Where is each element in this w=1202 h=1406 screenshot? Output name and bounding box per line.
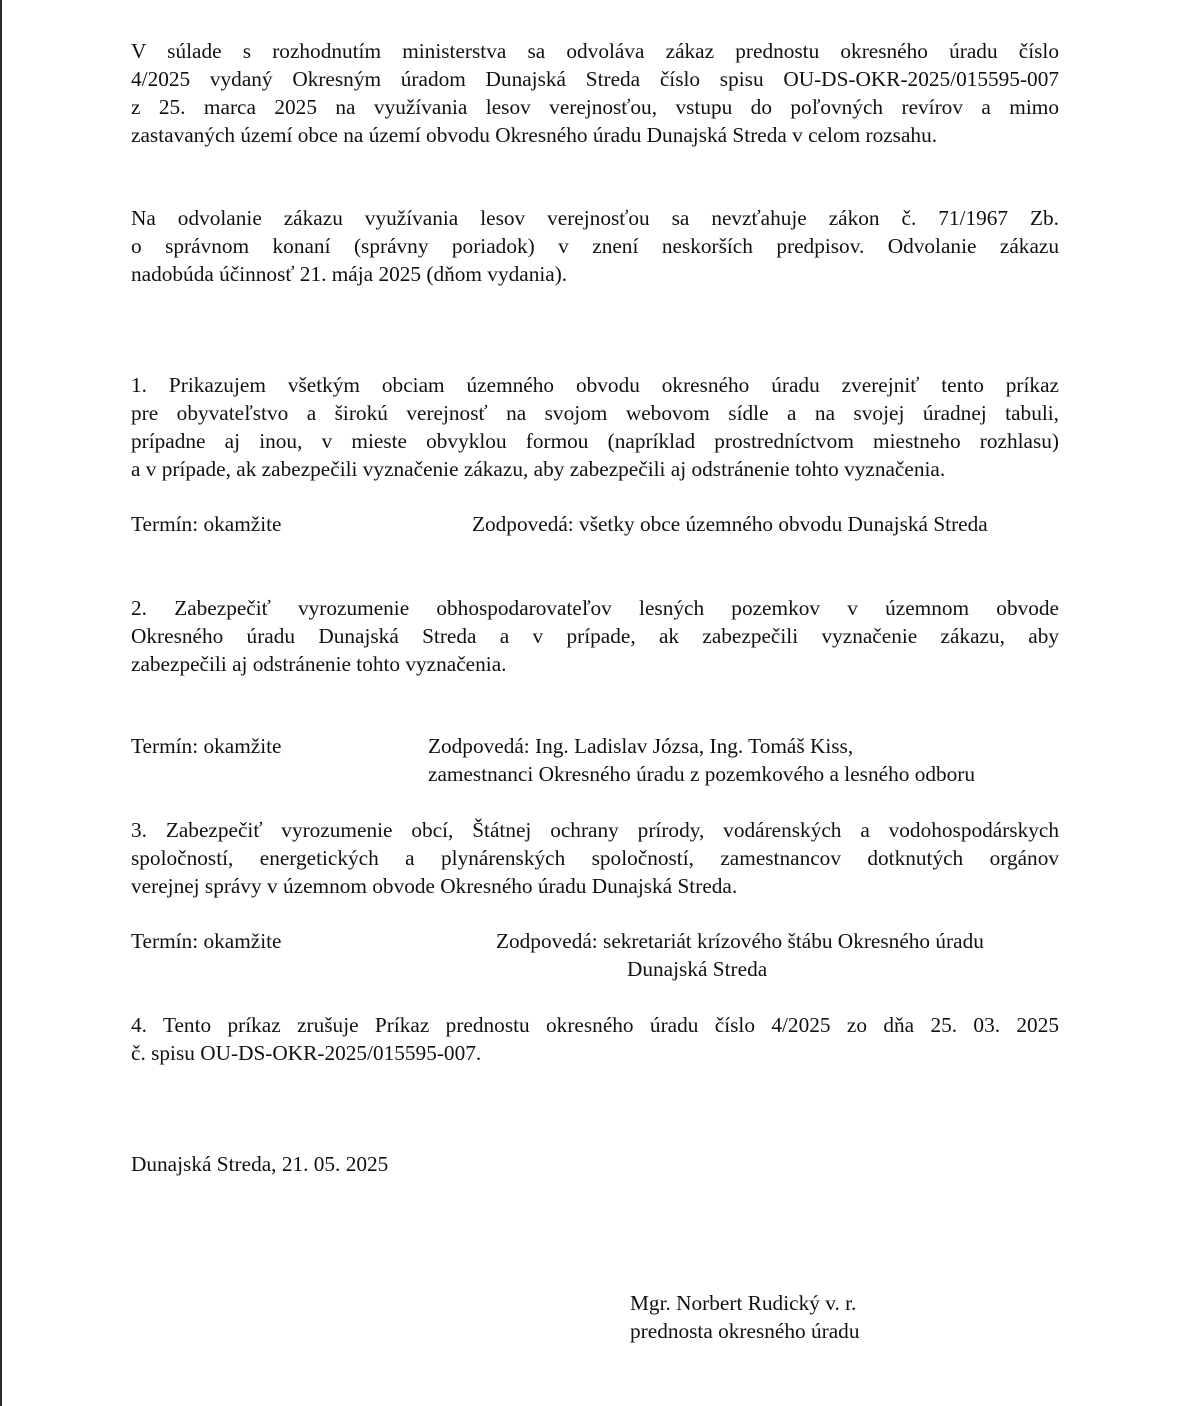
legal-paragraph: Na odvolanie zákazu využívania lesov ver… [131,204,1059,288]
item-line: 2. Zabezpečiť vyrozumenie obhospodarovat… [131,594,1059,622]
item-line: spoločností, energetických a plynárenský… [131,844,1059,872]
signature-title: prednosta okresného úradu [630,1317,859,1345]
item-3-responsible-line-1: Zodpovedá: sekretariát krízového štábu O… [496,927,984,955]
legal-line: o správnom konaní (správny poriadok) v z… [131,232,1059,260]
item-2-term: Termín: okamžite [131,732,282,760]
item-line: 3. Zabezpečiť vyrozumenie obcí, Štátnej … [131,816,1059,844]
intro-line: 4/2025 vydaný Okresným úradom Dunajská S… [131,65,1059,93]
item-1-term: Termín: okamžite [131,510,282,538]
item-4-paragraph: 4. Tento príkaz zrušuje Príkaz prednostu… [131,1011,1059,1067]
item-line: verejnej správy v územnom obvode Okresné… [131,872,1059,900]
legal-line: Na odvolanie zákazu využívania lesov ver… [131,204,1059,232]
item-2-paragraph: 2. Zabezpečiť vyrozumenie obhospodarovat… [131,594,1059,678]
intro-line: z 25. marca 2025 na využívania lesov ver… [131,93,1059,121]
intro-line: zastavaných území obce na území obvodu O… [131,121,1059,149]
item-1-paragraph: 1. Prikazujem všetkým obciam územného ob… [131,371,1059,483]
item-line: 1. Prikazujem všetkým obciam územného ob… [131,371,1059,399]
signature-name: Mgr. Norbert Rudický v. r. [630,1289,856,1317]
item-line: Okresného úradu Dunajská Streda a v príp… [131,622,1059,650]
item-2-responsible-line-2: zamestnanci Okresného úradu z pozemkovéh… [428,760,975,788]
place-date: Dunajská Streda, 21. 05. 2025 [131,1150,388,1178]
legal-line: nadobúda účinnosť 21. mája 2025 (dňom vy… [131,260,1059,288]
item-1-responsible: Zodpovedá: všetky obce územného obvodu D… [472,510,988,538]
item-2-responsible-line-1: Zodpovedá: Ing. Ladislav Józsa, Ing. Tom… [428,732,853,760]
item-line: pre obyvateľstvo a širokú verejnosť na s… [131,399,1059,427]
item-3-term: Termín: okamžite [131,927,282,955]
document-page: V súlade s rozhodnutím ministerstva sa o… [0,0,1202,1406]
item-line: č. spisu OU-DS-OKR-2025/015595-007. [131,1039,1059,1067]
item-line: zabezpečili aj odstránenie tohto vyznače… [131,650,1059,678]
item-3-responsible-line-2: Dunajská Streda [627,955,767,983]
item-3-paragraph: 3. Zabezpečiť vyrozumenie obcí, Štátnej … [131,816,1059,900]
item-line: 4. Tento príkaz zrušuje Príkaz prednostu… [131,1011,1059,1039]
item-line: a v prípade, ak zabezpečili vyznačenie z… [131,455,1059,483]
intro-line: V súlade s rozhodnutím ministerstva sa o… [131,37,1059,65]
intro-paragraph: V súlade s rozhodnutím ministerstva sa o… [131,37,1059,149]
item-line: prípadne aj inou, v mieste obvyklou form… [131,427,1059,455]
